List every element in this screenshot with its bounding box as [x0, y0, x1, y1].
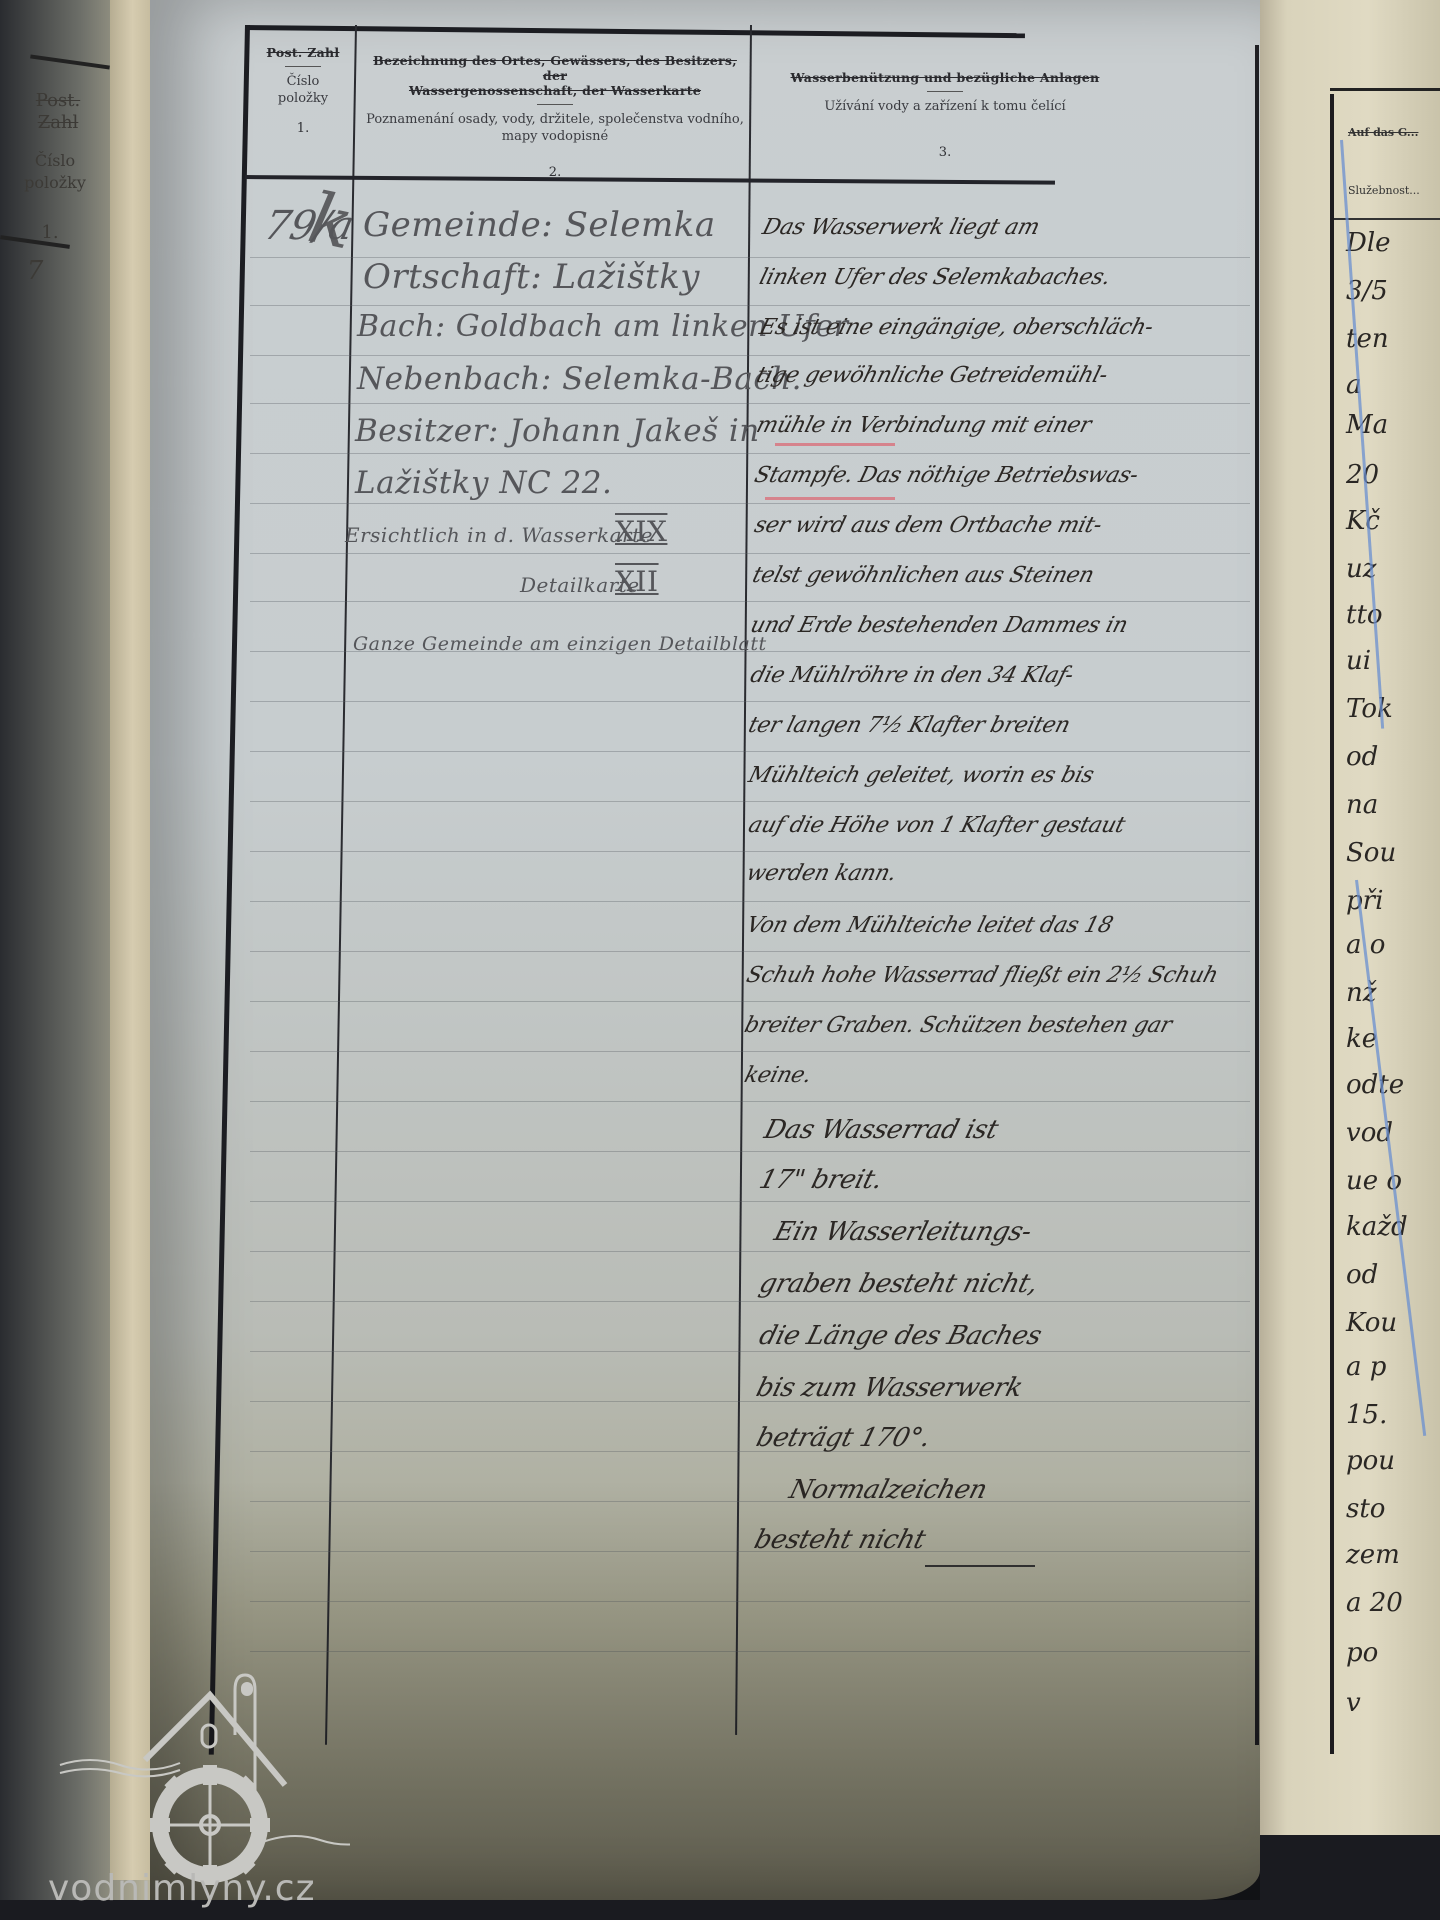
- rule-line: [30, 54, 110, 69]
- next-page-line: po: [1346, 1638, 1378, 1668]
- header-col-3-num: 3.: [755, 145, 1135, 160]
- usage-line: Ein Wasserleitungs-: [771, 1217, 1035, 1247]
- next-page-line: a p: [1346, 1352, 1386, 1382]
- ruled-line: [250, 1001, 1250, 1002]
- usage-line: Stampfe. Das nöthige Betriebswas-: [752, 463, 1141, 488]
- ruled-line: [250, 1501, 1250, 1502]
- next-page-line: Tok: [1346, 694, 1393, 724]
- next-page-line: Dle: [1346, 228, 1391, 258]
- ruled-line: [250, 1251, 1250, 1252]
- next-page-line: ui: [1346, 646, 1371, 676]
- next-page-line: při: [1346, 886, 1383, 916]
- header-col-2: Bezeichnung des Ortes, Gewässers, des Be…: [360, 53, 750, 180]
- usage-line: breiter Graben. Schützen bestehen gar: [742, 1013, 1175, 1038]
- ledger-table: Post. Zahl Číslo položky 1. Bezeichnung …: [245, 25, 1261, 1785]
- usage-line: Es ist eine eingängige, oberschläch-: [757, 315, 1156, 340]
- next-page-line: Ma: [1346, 410, 1388, 440]
- next-page-line: 15.: [1346, 1400, 1387, 1430]
- next-page-left-border: [1330, 94, 1334, 1754]
- header-col-2-cz-line-2: mapy vodopisné: [360, 128, 750, 145]
- next-page-line: v: [1346, 1688, 1361, 1718]
- ruled-line: [250, 403, 1250, 404]
- red-pencil-underline: [765, 497, 895, 500]
- ruled-line: [250, 503, 1250, 504]
- header-col-2-de-line-2: Wassergenossenschaft, der Wasserkarte: [360, 83, 750, 98]
- wasserkarte-label: Ersichtlich in d. Wasserkarte: [345, 523, 653, 547]
- detailkarte-value: XII: [615, 565, 659, 598]
- header-de-fragment: Post. Zahl: [28, 90, 88, 134]
- header-cz-fragment: Číslo položky: [20, 150, 90, 194]
- ruled-line: [250, 453, 1250, 454]
- next-page-line: na: [1346, 790, 1378, 820]
- column-divider-1: [325, 25, 357, 1745]
- header-col-3: Wasserbenützung und bezügliche Anlagen U…: [755, 70, 1135, 160]
- ruled-line: [250, 851, 1250, 852]
- usage-line: tige gewöhnliche Getreidemühl-: [754, 363, 1111, 388]
- table-top-border: [245, 25, 1025, 38]
- ruled-line: [250, 1201, 1250, 1202]
- usage-line: Das Wasserwerk liegt am: [760, 215, 1042, 240]
- ruled-line: [250, 355, 1250, 356]
- header-col-2-cz-line-1: Poznamenání osady, vody, držitele, spole…: [360, 111, 750, 128]
- usage-line: besteht nicht: [751, 1525, 929, 1555]
- ruled-line: [250, 701, 1250, 702]
- next-page-line: od: [1346, 1260, 1378, 1290]
- usage-line: die Länge des Baches: [756, 1321, 1045, 1351]
- entry-line-nebenbach: Nebenbach: Selemka-Bach.: [357, 361, 802, 397]
- divider: [285, 66, 321, 67]
- ruled-line: [250, 1351, 1250, 1352]
- next-page-line: pou: [1346, 1446, 1395, 1476]
- ruled-line: [250, 951, 1250, 952]
- detailblatt-note: Ganze Gemeinde am einzigen Detailblatt: [353, 633, 767, 655]
- header-col-2-de-line-1: Bezeichnung des Ortes, Gewässers, des Be…: [360, 53, 750, 83]
- usage-line: die Mühlröhre in den 34 Klaf-: [748, 663, 1076, 688]
- usage-line: Mühlteich geleitet, worin es bis: [746, 763, 1097, 788]
- entry-num-fragment: 7: [15, 260, 55, 282]
- next-page-top-border: [1330, 88, 1440, 91]
- ruled-line: [250, 1601, 1250, 1602]
- next-page-line: Sou: [1346, 838, 1396, 868]
- table-left-border: [209, 25, 250, 1755]
- header-col-3-de: Wasserbenützung und bezügliche Anlagen: [755, 70, 1135, 85]
- header-col-2-num: 2.: [360, 165, 750, 180]
- next-page-line: Kou: [1346, 1308, 1397, 1338]
- divider: [927, 91, 963, 92]
- ruled-line: [250, 1151, 1250, 1152]
- next-page-line: a 20: [1346, 1588, 1403, 1618]
- usage-line: Schuh hohe Wasserrad fließt ein 2½ Schuh: [744, 963, 1221, 988]
- next-page-header-cz: Služebnost...: [1348, 184, 1420, 197]
- next-page-line: odte: [1346, 1070, 1404, 1100]
- watermark-text: vodnimlyny.cz: [48, 1868, 316, 1909]
- usage-line: mühle in Verbindung mit einer: [754, 413, 1094, 438]
- next-page: Auf das G... Služebnost... Dle 3/5 ten a…: [1260, 0, 1440, 1835]
- usage-line: auf die Höhe von 1 Klafter gestaut: [746, 813, 1128, 838]
- usage-line: 17" breit.: [756, 1165, 886, 1195]
- header-col-3-cz: Užívání vody a zařízení k tomu čelící: [755, 98, 1135, 115]
- entry-line-ortschaft: Ortschaft: Lažištky: [363, 257, 700, 297]
- usage-line: telst gewöhnlichen aus Steinen: [750, 563, 1097, 588]
- next-page-line: Kč: [1346, 506, 1380, 536]
- usage-line: keine.: [742, 1063, 814, 1088]
- ruled-line: [250, 1551, 1250, 1552]
- next-page-header-de: Auf das G...: [1348, 126, 1418, 139]
- ruled-line: [250, 1101, 1250, 1102]
- ruled-line: [250, 305, 1250, 306]
- signature-underline: [925, 1565, 1035, 1567]
- ruled-line: [250, 601, 1250, 602]
- next-page-line: zem: [1346, 1540, 1400, 1570]
- divider: [537, 104, 573, 105]
- ruled-line: [250, 1401, 1250, 1402]
- header-col-1-cz-line-2: položky: [253, 90, 353, 107]
- table-right-border: [1255, 45, 1259, 1745]
- ruled-line: [250, 751, 1250, 752]
- next-page-table: Auf das G... Služebnost... Dle 3/5 ten a…: [1328, 88, 1440, 1828]
- ruled-line: [250, 1301, 1250, 1302]
- usage-line: Das Wasserrad ist: [761, 1115, 1001, 1145]
- header-col-1: Post. Zahl Číslo položky 1.: [253, 45, 353, 136]
- usage-line: bis zum Wasserwerk: [753, 1373, 1026, 1403]
- ruled-line: [250, 1651, 1250, 1652]
- usage-line: Normalzeichen: [786, 1475, 990, 1505]
- header-col-1-num: 1.: [253, 121, 353, 136]
- ruled-line: [250, 801, 1250, 802]
- usage-line: ter langen 7½ Klafter breiten: [746, 713, 1073, 738]
- mill-logo-icon: [50, 1640, 350, 1890]
- ledger-page: k Post. Zahl Číslo položky 1. Bezeichnun…: [150, 0, 1260, 1900]
- header-col-1-cz-line-1: Číslo: [253, 73, 353, 90]
- wasserkarte-value: XIX: [615, 515, 667, 548]
- entry-line-address: Lažištky NC 22.: [355, 465, 612, 501]
- usage-line: und Erde bestehenden Dammes in: [748, 613, 1131, 638]
- usage-line: werden kann.: [744, 861, 900, 886]
- ruled-line: [250, 1451, 1250, 1452]
- ruled-line: [250, 553, 1250, 554]
- usage-line: linken Ufer des Selemkabaches.: [757, 265, 1114, 290]
- usage-line: graben besteht nicht,: [756, 1269, 1041, 1299]
- next-page-header-rule: [1334, 218, 1440, 220]
- next-page-line: od: [1346, 742, 1378, 772]
- ruled-line: [250, 901, 1250, 902]
- next-page-line: sto: [1346, 1494, 1385, 1524]
- header-col-1-de: Post. Zahl: [253, 45, 353, 60]
- ruled-line: [250, 1051, 1250, 1052]
- usage-line: beträgt 170°.: [753, 1423, 934, 1453]
- usage-line: ser wird aus dem Ortbache mit-: [752, 513, 1105, 538]
- next-page-line: tto: [1346, 600, 1383, 630]
- red-pencil-underline: [775, 443, 895, 446]
- entry-line-besitzer: Besitzer: Johann Jakeš in: [355, 413, 760, 449]
- usage-line: Von dem Mühlteiche leitet das 18: [744, 913, 1116, 938]
- entry-number: 79/a: [260, 203, 358, 249]
- entry-line-gemeinde: Gemeinde: Selemka: [363, 205, 716, 245]
